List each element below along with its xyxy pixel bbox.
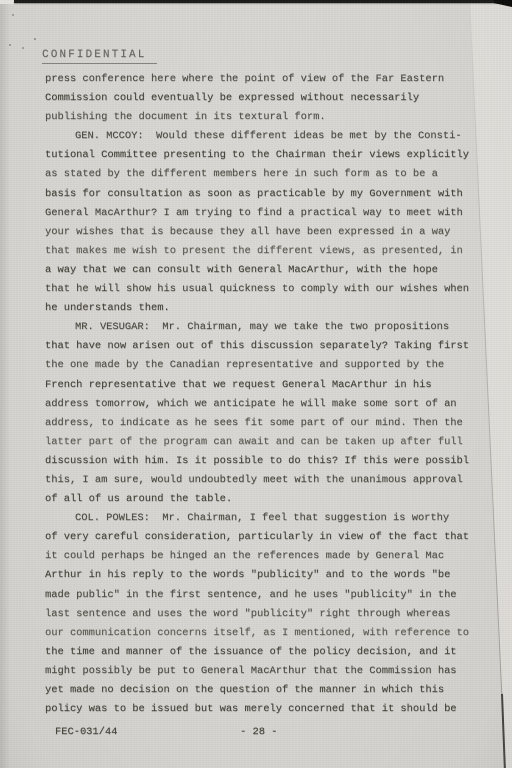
text-line: it could perhaps be hinged an the refere… xyxy=(45,547,510,566)
text-line: address tomorrow, which we anticipate he… xyxy=(45,395,510,414)
scan-speck xyxy=(22,47,24,49)
text-line: last sentence and uses the word "publici… xyxy=(45,605,510,624)
text-line: yet made no decision on the question of … xyxy=(45,681,510,700)
text-line: MR. VESUGAR: Mr. Chairman, may we take t… xyxy=(45,318,510,337)
text-line: this, I am sure, would undoubtedly meet … xyxy=(45,471,510,490)
text-line: latter part of the program can await and… xyxy=(45,433,510,452)
text-line: discussion with him. Is it possible to d… xyxy=(45,452,510,471)
text-line: a way that we can consult with General M… xyxy=(45,261,510,280)
classification-stamp: CONFIDENTIAL xyxy=(42,49,157,64)
text-line: tutional Committee presenting to the Cha… xyxy=(45,146,510,165)
paragraph: GEN. MCCOY: Would these different ideas … xyxy=(45,127,510,318)
transcript-body: press conference here where the point of… xyxy=(45,70,510,719)
text-line: the time and manner of the issuance of t… xyxy=(45,643,510,662)
paragraph: MR. VESUGAR: Mr. Chairman, may we take t… xyxy=(45,318,510,509)
text-line: of all of us around the table. xyxy=(45,490,510,509)
paragraph: COL. POWLES: Mr. Chairman, I feel that s… xyxy=(45,509,510,719)
scanned-page: CONFIDENTIAL press conference here where… xyxy=(0,0,512,768)
text-line: made public" in the first sentence, and … xyxy=(45,586,510,605)
text-line: Arthur in his reply to the words "public… xyxy=(45,566,510,585)
text-line: your wishes that is because they all hav… xyxy=(45,223,510,242)
document-reference: FEC-031/44 xyxy=(55,726,117,738)
page-number: - 28 - xyxy=(240,726,277,738)
text-line: that have now arisen out of this discuss… xyxy=(45,337,510,356)
text-line: address, to indicate as he sees fit some… xyxy=(45,414,510,433)
text-line: policy was to be issued but was merely c… xyxy=(45,700,510,719)
text-line: basis for consultation as soon as practi… xyxy=(45,185,510,204)
scan-speck xyxy=(9,44,11,46)
text-line: our communication concerns itself, as I … xyxy=(45,624,510,643)
text-line: might possibly be put to General MacArth… xyxy=(45,662,510,681)
text-line: Commission could eventually be expressed… xyxy=(45,89,510,108)
text-line: French representative that we request Ge… xyxy=(45,376,510,395)
scan-edge-top-bar xyxy=(14,0,512,3)
text-line: that makes me wish to present the differ… xyxy=(45,242,510,261)
scan-edge-left-shadow xyxy=(0,0,10,768)
scan-edge-gap xyxy=(0,0,15,4)
paragraph: press conference here where the point of… xyxy=(45,70,510,127)
text-line: of very careful consideration, particula… xyxy=(45,528,510,547)
scan-speck xyxy=(34,38,36,40)
scan-speck xyxy=(12,14,14,16)
text-line: COL. POWLES: Mr. Chairman, I feel that s… xyxy=(45,509,510,528)
text-line: GEN. MCCOY: Would these different ideas … xyxy=(45,127,510,146)
text-line: as stated by the different members here … xyxy=(45,165,510,184)
text-line: the one made by the Canadian representat… xyxy=(45,356,510,375)
text-line: General MacArthur? I am trying to find a… xyxy=(45,204,510,223)
text-line: publishing the document in its textural … xyxy=(45,108,510,127)
text-line: that he will show his usual quickness to… xyxy=(45,280,510,299)
text-line: he understands them. xyxy=(45,299,510,318)
text-line: press conference here where the point of… xyxy=(45,70,510,89)
